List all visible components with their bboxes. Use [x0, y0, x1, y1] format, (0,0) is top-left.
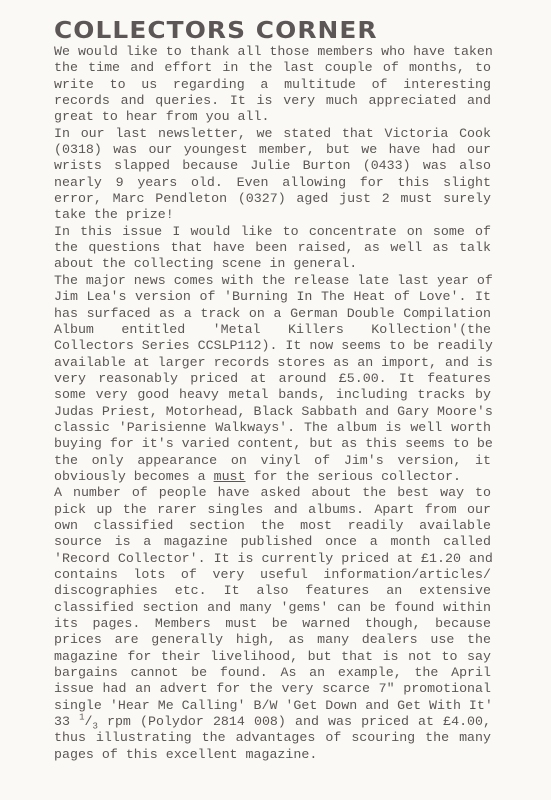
text-line: source is a magazine published once a mo… — [54, 534, 491, 550]
paragraph-3: In this issue I would like to concentrat… — [54, 224, 491, 273]
text-line: magazine for their livelihood, but that … — [54, 649, 491, 665]
paragraph-4: The major news comes with the release la… — [54, 273, 491, 485]
text-line: nearly 9 years old. Even allowing for th… — [54, 175, 491, 191]
text-line: single 'Hear Me Calling' B/W 'Get Down a… — [54, 698, 491, 714]
text-line: classified section and many 'gems' can b… — [54, 600, 491, 616]
text-line: records and queries. It is very much app… — [54, 93, 491, 109]
paragraph-5: A number of people have asked about the … — [54, 485, 491, 763]
text-line: Judas Priest, Motorhead, Black Sabbath a… — [54, 404, 491, 420]
text-line: 33 1/3 rpm (Polydor 2814 008) and was pr… — [54, 714, 491, 730]
newsletter-page: COLLECTORS CORNER We would like to thank… — [0, 0, 551, 800]
text-line: issue had an advert for the very scarce … — [54, 681, 491, 697]
text-line: write to us regarding a multitude of int… — [54, 77, 491, 93]
paragraph-2: In our last newsletter, we stated that V… — [54, 126, 491, 224]
text-line: available at larger records stores as an… — [54, 355, 491, 371]
text-line: some very good heavy metal bands, includ… — [54, 387, 491, 403]
text-line: obviously becomes a must for the serious… — [54, 469, 491, 485]
text-line: classic 'Parisienne Walkways'. The album… — [54, 420, 491, 436]
text-line: the time and effort in the last couple o… — [54, 60, 491, 76]
fraction-numerator: 1 — [79, 713, 84, 723]
text-line: great to hear from you all. — [54, 109, 491, 125]
text-line: its pages. Members must be warned though… — [54, 616, 491, 632]
text-line: wrists slapped because Julie Burton (043… — [54, 158, 491, 174]
text-line: We would like to thank all those members… — [54, 44, 491, 60]
text-line: the only appearance on vinyl of Jim's ve… — [54, 453, 491, 469]
text-line: contains lots of very useful information… — [54, 567, 491, 583]
text-line: In our last newsletter, we stated that V… — [54, 126, 491, 142]
text-line: A number of people have asked about the … — [54, 485, 491, 501]
text-line: The major news comes with the release la… — [54, 273, 491, 289]
page-title: COLLECTORS CORNER — [54, 18, 378, 44]
text-line: buying for it's varied content, but as t… — [54, 436, 491, 452]
text-line: In this issue I would like to concentrat… — [54, 224, 491, 240]
text-line: take the prize! — [54, 207, 491, 223]
text-line: pick up the rarer singles and albums. Ap… — [54, 502, 491, 518]
text-line: prices are generally high, as many deale… — [54, 632, 491, 648]
paragraph-1: We would like to thank all those members… — [54, 44, 491, 126]
text-line: about the collecting scene in general. — [54, 256, 491, 272]
text-line: own classified section the most readily … — [54, 518, 491, 534]
text-line: 'Record Collector'. It is currently pric… — [54, 551, 491, 567]
text-line: (0318) was our youngest member, but we h… — [54, 142, 491, 158]
text-line: error, Marc Pendleton (0327) aged just 2… — [54, 191, 491, 207]
text-line: pages of this excellent magazine. — [54, 747, 491, 763]
emphasis-must: must — [214, 469, 246, 484]
text-line: thus illustrating the advantages of scou… — [54, 730, 491, 746]
text-line: Collectors Series CCSLP112). It now seem… — [54, 338, 491, 354]
text-line: has surfaced as a track on a German Doub… — [54, 306, 491, 322]
text-line: Album entitled 'Metal Killers Kollection… — [54, 322, 491, 338]
text-line: discographies etc. It also features an e… — [54, 583, 491, 599]
text-line: Jim Lea's version of 'Burning In The Hea… — [54, 289, 491, 305]
text-line: the questions that have been raised, as … — [54, 240, 491, 256]
text-line: very reasonably priced at around £5.00. … — [54, 371, 491, 387]
article-body: We would like to thank all those members… — [54, 44, 491, 763]
text-line: bargains cannot be found. As an example,… — [54, 665, 491, 681]
